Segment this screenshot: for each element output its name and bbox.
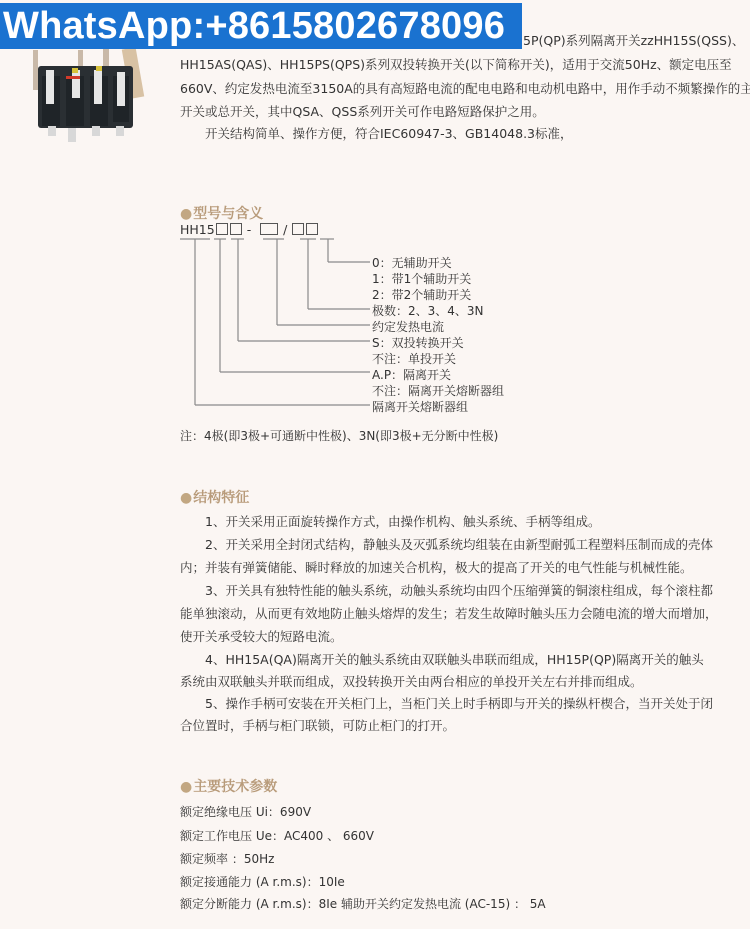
code-box-icon bbox=[230, 223, 242, 235]
structure-line: 3、开关具有独特性能的触头系统，动触头系统均由四个压缩弹簧的铜滚柱组成，每个滚柱… bbox=[205, 581, 713, 599]
section-title-model: ●型号与含义 bbox=[180, 203, 263, 223]
section-title-text: 结构特征 bbox=[193, 490, 249, 506]
param-line: 额定分断能力 (A r.m.s)：8Ie 辅助开关约定发热电流 (AC-15) … bbox=[180, 895, 546, 912]
bullet-dot-icon: ● bbox=[180, 206, 192, 222]
legend-item: 不注：隔离开关熔断器组 bbox=[372, 382, 504, 399]
bullet-dot-icon: ● bbox=[180, 779, 192, 795]
legend-item: 不注：单投开关 bbox=[372, 350, 456, 367]
model-note: 注：4极(即3极+可通断中性极)、3N(即3极+无分断中性极) bbox=[180, 427, 498, 444]
section-title-structure: ●结构特征 bbox=[180, 487, 249, 507]
param-line: 额定频率 ：50Hz bbox=[180, 850, 274, 867]
model-code-prefix: HH15 bbox=[180, 222, 215, 237]
legend-item: 0：无辅助开关 bbox=[372, 254, 452, 271]
structure-line: 内；并装有弹簧储能、瞬时释放的加速关合机构，极大的提高了开关的电气性能与机械性能… bbox=[180, 558, 693, 576]
intro-line: HH15AS(QAS)、HH15PS(QPS)系列双投转换开关(以下简称开关)，… bbox=[180, 53, 732, 76]
structure-line: 1、开关采用正面旋转操作方式，由操作机构、触头系统、手柄等组成。 bbox=[205, 512, 600, 530]
legend-item: 隔离开关熔断器组 bbox=[372, 398, 468, 415]
legend-item: 1：带1个辅助开关 bbox=[372, 270, 471, 287]
code-box-icon bbox=[216, 223, 228, 235]
code-box-icon bbox=[306, 223, 318, 235]
isolating-switch-image bbox=[28, 48, 148, 146]
code-box-icon bbox=[292, 223, 304, 235]
whatsapp-banner: WhatsApp:+8615802678096 bbox=[0, 3, 522, 49]
structure-line: 4、HH15A(QA)隔离开关的触头系统由双联触头串联而组成，HH15P(QP)… bbox=[205, 650, 704, 668]
model-code-slash: / bbox=[283, 222, 287, 237]
bullet-dot-icon: ● bbox=[180, 490, 192, 506]
structure-line: 使开关承受较大的短路电流。 bbox=[180, 627, 343, 645]
intro-line: 5P(QP)系列隔离开关zzHH15S(QSS)、 bbox=[523, 29, 744, 52]
legend-item: 极数：2、3、4、3N bbox=[372, 302, 484, 319]
legend-item: A.P：隔离开关 bbox=[372, 366, 451, 383]
product-photo bbox=[28, 48, 148, 146]
param-line: 额定接通能力 (A r.m.s)：10Ie bbox=[180, 873, 345, 890]
param-line: 额定工作电压 Ue：AC400 、 660V bbox=[180, 827, 374, 844]
legend-item: 约定发热电流 bbox=[372, 318, 444, 335]
intro-line: 660V、约定发热电流至3150A的具有高短路电流的配电电路和电动机电路中，用作… bbox=[180, 77, 750, 100]
section-title-text: 型号与含义 bbox=[193, 206, 263, 222]
structure-line: 2、开关采用全封闭式结构，静触头及灭弧系统均组装在由新型耐弧工程塑料压制而成的壳… bbox=[205, 535, 713, 553]
param-line: 额定绝缘电压 Ui：690V bbox=[180, 803, 311, 820]
structure-line: 能单独滚动，从而更有效地防止触头熔焊的发生；若发生故障时触头压力会随电流的增大而… bbox=[180, 604, 718, 622]
structure-line: 5、操作手柄可安装在开关柜门上，当柜门关上时手柄即与开关的操纵杆楔合，当开关处于… bbox=[205, 694, 713, 712]
legend-item: S：双投转换开关 bbox=[372, 334, 464, 351]
structure-line: 系统由双联触头并联而组成，双投转换开关由两台相应的单投开关左右并排而组成。 bbox=[180, 672, 643, 690]
model-code: HH15 - / bbox=[180, 222, 319, 237]
section-title-text: 主要技术参数 bbox=[193, 779, 277, 795]
section-title-params: ●主要技术参数 bbox=[180, 776, 277, 796]
structure-line: 合位置时，手柄与柜门联锁，可防止柜门的打开。 bbox=[180, 716, 455, 734]
legend-item: 2：带2个辅助开关 bbox=[372, 286, 471, 303]
intro-line: 开关或总开关，其中QSA、QSS系列开关可作电路短路保护之用。 bbox=[180, 100, 545, 123]
code-box-icon bbox=[260, 223, 278, 235]
intro-line: 开关结构简单、操作方便，符合IEC60947-3、GB14048.3标准， bbox=[205, 122, 573, 145]
model-code-dash: - bbox=[247, 222, 252, 237]
